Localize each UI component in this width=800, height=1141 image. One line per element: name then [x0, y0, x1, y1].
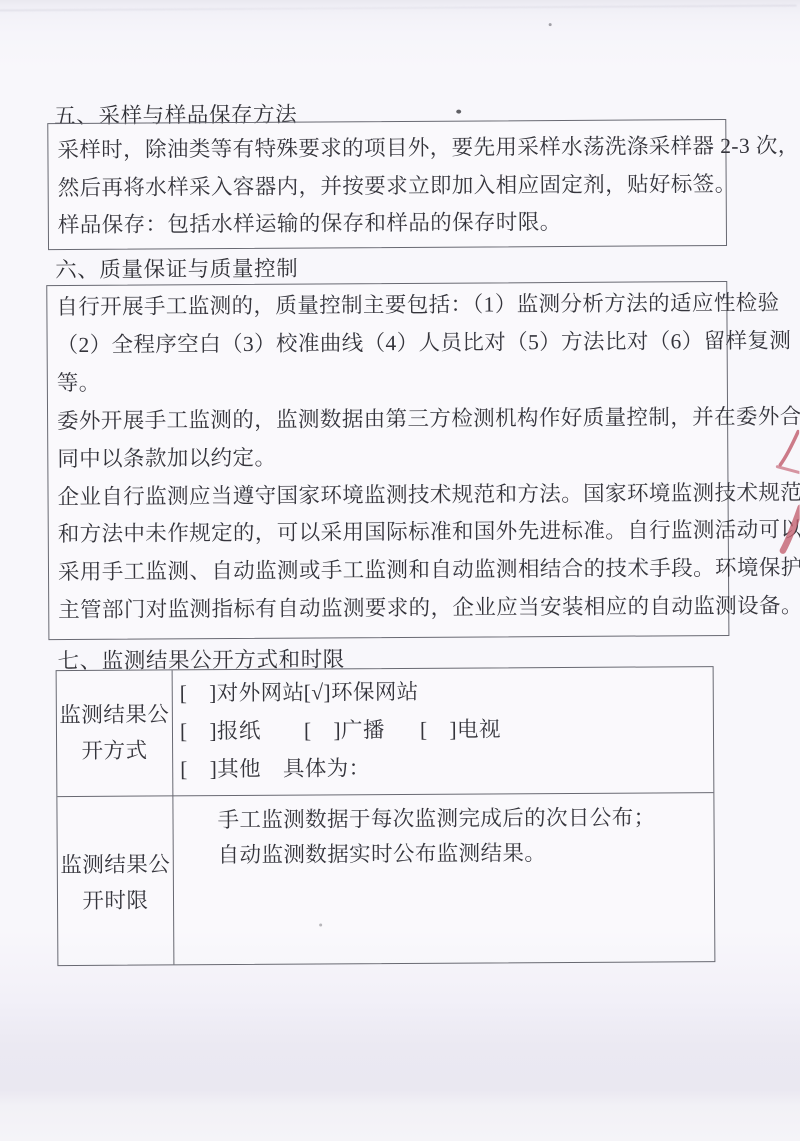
body-line: 采样时，除油类等有特殊要求的项目外，要先用采样水荡洗涤采样器 2-3 次，	[57, 128, 717, 170]
section6-box: 自行开展手工监测的，质量控制主要包括：（1）监测分析方法的适应性检验 （2）全程…	[46, 281, 729, 640]
body-line: 主管部门对监测指标有自动监测要求的，企业应当安装相应的自动监测设备。	[58, 588, 720, 630]
body-line: 委外开展手工监测的，监测数据由第三方检测机构作好质量控制，并在委外合	[57, 399, 719, 441]
label-line: 监测结果公	[57, 697, 172, 733]
body-line: 企业自行监测应当遵守国家环境监测技术规范和方法。国家环境监测技术规范	[57, 475, 719, 517]
label-line: 开时限	[58, 883, 173, 919]
label-line: 监测结果公	[58, 847, 173, 883]
red-pen-stroke	[777, 467, 799, 473]
body-line: 和方法中未作规定的，可以采用国际标准和国外先进标准。自行监测活动可以	[58, 512, 720, 554]
label-line: 开方式	[57, 733, 172, 769]
deadline-text-line: 手工监测数据于每次监测完成后的次日公布；	[217, 798, 655, 839]
checkbox-option-env-website-checked: [√]环保网站	[304, 673, 419, 712]
checkbox-option-broadcast: [ ]广播	[304, 711, 385, 749]
checkbox-option-newspaper: [ ]报纸	[180, 712, 261, 750]
body-line: 然后再将水样采入容器内，并按要求立即加入相应固定剂，贴好标签。	[58, 166, 718, 208]
scan-speck	[549, 23, 552, 26]
body-line: 采用手工监测、自动监测或手工监测和自动监测相结合的技术手段。环境保护	[58, 550, 720, 592]
publish-method-options-line: [ ]对外网站 [√]环保网站	[173, 671, 713, 712]
scan-speck	[456, 110, 461, 114]
scanned-page: 五、采样与样品保存方法 采样时，除油类等有特殊要求的项目外，要先用采样水荡洗涤采…	[0, 0, 800, 1141]
publish-method-label: 监测结果公 开方式	[57, 670, 173, 796]
checkbox-option-other: [ ]其他 具体为：	[180, 749, 371, 788]
publish-method-options-line: [ ]报纸 [ ]广播 [ ]电视	[173, 709, 713, 750]
body-line: 等。	[57, 361, 719, 403]
section7-table: 监测结果公 开方式 [ ]对外网站 [√]环保网站 [ ]报纸 [ ]广播 [ …	[56, 666, 716, 966]
body-line: 同中以条款加以约定。	[57, 437, 719, 479]
section5-box: 采样时，除油类等有特殊要求的项目外，要先用采样水荡洗涤采样器 2-3 次， 然后…	[47, 119, 727, 250]
section6-heading: 六、质量保证与质量控制	[55, 252, 298, 284]
scan-speck	[315, 562, 318, 565]
publish-method-options-line: [ ]其他 具体为：	[173, 747, 713, 788]
checkbox-option-external-website: [ ]对外网站	[180, 674, 305, 713]
deadline-text-line: 自动监测数据实时公布监测结果。	[218, 834, 547, 874]
scan-speck	[488, 842, 491, 845]
paper-crease	[0, 5, 797, 12]
body-line: 自行开展手工监测的，质量控制主要包括：（1）监测分析方法的适应性检验	[56, 285, 718, 327]
checkbox-option-tv: [ ]电视	[420, 710, 501, 748]
body-line: 样品保存：包括水样运输的保存和样品的保存时限。	[58, 203, 718, 245]
scan-speck	[319, 923, 322, 926]
publish-deadline-label: 监测结果公 开时限	[57, 796, 173, 965]
body-line: （2）全程序空白（3）校准曲线（4）人员比对（5）方法比对（6）留样复测	[57, 323, 719, 365]
scan-speck	[611, 487, 614, 490]
red-pen-stroke	[780, 432, 798, 465]
